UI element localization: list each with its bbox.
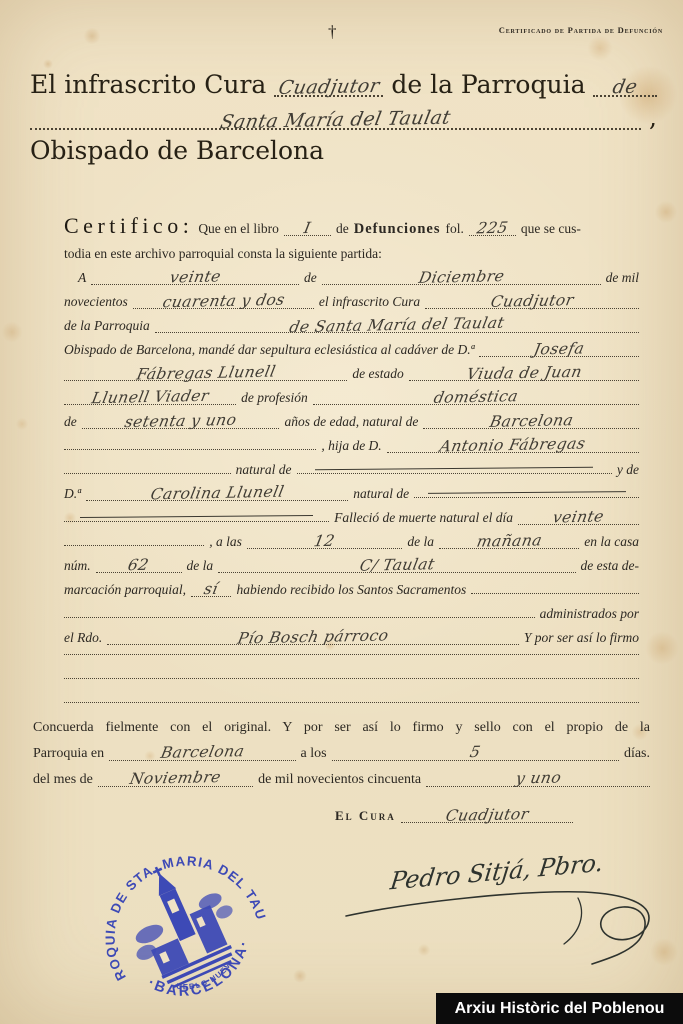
printed-text: El Cura <box>335 808 396 824</box>
dotted-fill <box>64 449 316 450</box>
entry-fill: Barcelona <box>109 746 295 761</box>
printed-text: marcación parroquial, <box>64 582 186 598</box>
form-line <box>64 654 639 678</box>
handwritten-entry: Josefa <box>533 342 586 356</box>
handwritten-de: de <box>612 79 639 96</box>
printed-text: Concuerda fielmente con el original. Y p… <box>33 720 650 736</box>
form-line: natural dey de <box>64 462 639 486</box>
priest-signature: Pedro Sitjá, Pbro. <box>342 852 667 967</box>
printed-text: de <box>304 270 317 286</box>
handwritten-entry: Barcelona <box>488 414 574 429</box>
handwritten-entry: Fábregas Llunell <box>135 366 276 382</box>
entry-fill: Noviembre <box>98 772 253 787</box>
entry-fill: de <box>593 78 657 97</box>
handwritten-entry: I <box>303 222 312 235</box>
printed-text: fol. <box>445 221 463 237</box>
entry-fill: setenta y uno <box>82 415 280 429</box>
form-line: marcación parroquial,síhabiendo recibido… <box>64 582 639 606</box>
handwritten-entry: 5 <box>469 746 482 759</box>
handwritten-entry: Pío Bosch párroco <box>236 629 389 645</box>
printed-text: y de <box>617 462 639 478</box>
printed-text: A <box>78 270 86 286</box>
title-comma: , <box>649 103 657 132</box>
form-line: Falleció de muerte natural el díaveinte <box>64 510 639 534</box>
signature-flourish <box>342 852 667 967</box>
closing-paragraph: Concuerda fielmente con el original. Y p… <box>33 720 650 798</box>
form-line: El CuraCuadjutor <box>335 808 573 832</box>
handwritten-entry: sí <box>203 583 219 596</box>
certifico-body: Certifico:Que en el libroIdeDefuncionesf… <box>64 213 639 726</box>
handwritten-entry: 62 <box>127 559 150 572</box>
printed-text: de esta de- <box>581 558 639 574</box>
entry-fill: cuarenta y dos <box>133 295 314 309</box>
printed-text: de <box>64 414 77 430</box>
handwritten-entry: Viuda de Juan <box>465 366 583 381</box>
printed-text: días. <box>624 746 650 762</box>
entry-fill: veinte <box>91 271 299 285</box>
dotted-fill <box>64 545 204 546</box>
printed-text: todia en este archivo parroquial consta … <box>64 246 382 262</box>
form-line: el Rdo.Pío Bosch párrocoY por ser así lo… <box>64 630 639 654</box>
printed-text: de estado <box>352 366 403 382</box>
handwritten-entry: Diciembre <box>417 270 505 285</box>
handwritten-entry: veinte <box>552 510 605 524</box>
entry-fill: Cuadjutor <box>401 809 573 823</box>
entry-fill: Cuadjutor <box>425 295 639 309</box>
printed-text: Que en el libro <box>198 221 279 237</box>
printed-text: en la casa <box>584 534 639 550</box>
printed-text: natural de <box>236 462 292 478</box>
entry-fill: doméstica <box>313 391 639 405</box>
handwritten-entry: cuarenta y dos <box>161 294 285 310</box>
entry-fill: mañana <box>439 535 579 549</box>
form-line: D.ªCarolina Llunellnatural de <box>64 486 639 510</box>
handwritten-entry: y uno <box>514 772 562 786</box>
form-line: Concuerda fielmente con el original. Y p… <box>33 720 650 746</box>
form-line: AveintedeDiciembrede mil <box>64 270 639 294</box>
handwritten-entry: Llunell Viader <box>90 390 209 405</box>
form-line: Certifico:Que en el libroIdeDefuncionesf… <box>64 213 639 246</box>
dotted-fill <box>414 497 639 498</box>
parish-stamp: PARROQUIA DE STA. MARIA DEL TAULAT ·BARC… <box>92 852 282 1024</box>
handwritten-entry: Carolina Llunell <box>149 486 285 502</box>
dotted-fill <box>471 593 639 594</box>
form-line: novecientoscuarenta y dosel infrascrito … <box>64 294 639 318</box>
handwritten-entry: Antonio Fábregas <box>439 437 587 453</box>
el-cura-line: El CuraCuadjutor <box>335 808 573 832</box>
form-line <box>64 678 639 702</box>
entry-fill: sí <box>191 583 231 597</box>
form-line: Obispado de Barcelona, mandé dar sepultu… <box>64 342 639 366</box>
title-pre: El infrascrito Cura <box>30 70 266 99</box>
printed-text: D.ª <box>64 486 81 502</box>
entry-fill: Diciembre <box>322 271 601 285</box>
handwritten-entry: 225 <box>476 222 509 236</box>
printed-text: Falleció de muerte natural el día <box>334 510 513 526</box>
handwritten-parish-name: Santa María del Taulat <box>219 110 452 131</box>
entry-fill: y uno <box>426 772 650 787</box>
entry-fill: 5 <box>332 746 619 761</box>
death-certificate-page: † Certificado de Partida de Defunción El… <box>0 0 683 1024</box>
printed-text: el Rdo. <box>64 630 102 646</box>
entry-fill: Carolina Llunell <box>86 487 348 501</box>
entry-fill: Fábregas Llunell <box>64 367 347 381</box>
printed-text: habiendo recibido los Santos Sacramentos <box>236 582 466 598</box>
form-line: , a las12de lamañanaen la casa <box>64 534 639 558</box>
dotted-fill <box>64 521 329 522</box>
form-caption: Certificado de Partida de Defunción <box>499 25 663 35</box>
printed-text: de <box>336 221 349 237</box>
printed-text: de la <box>407 534 434 550</box>
handwritten-entry: Noviembre <box>129 771 222 786</box>
printed-text: de mil <box>606 270 639 286</box>
printed-text: de profesión <box>241 390 308 406</box>
handwritten-entry: Cuadjutor <box>489 294 574 309</box>
printed-text: del mes de <box>33 772 93 788</box>
certifico-label: Certifico: <box>64 213 193 239</box>
printed-text: núm. <box>64 558 91 574</box>
handwritten-entry: 12 <box>313 535 336 548</box>
printed-text: a los <box>301 746 327 762</box>
entry-fill: Josefa <box>479 343 639 357</box>
form-line: del mes deNoviembrede mil novecientos ci… <box>33 772 650 798</box>
printed-text: Defunciones <box>354 221 441 238</box>
entry-fill: Santa María del Taulat <box>30 111 641 130</box>
printed-text: , a las <box>209 534 242 550</box>
handwritten-entry: C/ Taulat <box>358 558 435 573</box>
printed-text: Obispado de Barcelona, mandé dar sepultu… <box>64 342 474 358</box>
form-line: Llunell Viaderde profesióndoméstica <box>64 390 639 414</box>
entry-fill: 225 <box>469 222 516 236</box>
printed-text: Parroquia en <box>33 746 104 762</box>
dotted-fill <box>64 702 639 703</box>
printed-text: natural de <box>353 486 409 502</box>
entry-fill: 12 <box>247 535 403 549</box>
entry-fill: 62 <box>96 559 182 573</box>
cross-icon: † <box>328 22 337 42</box>
title-mid: de la Parroquia <box>391 70 585 99</box>
dotted-fill <box>64 617 535 618</box>
entry-fill: de Santa María del Taulat <box>155 319 639 333</box>
entry-fill: Barcelona <box>423 415 639 429</box>
title-line-1: El infrascrito Cura Cuadjutor de la Parr… <box>30 70 657 103</box>
entry-fill: Cuadjutor <box>274 78 383 97</box>
form-line: todia en este archivo parroquial consta … <box>64 246 639 270</box>
handwritten-role: Cuadjutor <box>277 78 381 96</box>
handwritten-entry: Cuadjutor <box>444 808 529 823</box>
entry-fill: veinte <box>518 511 639 525</box>
printed-text: de la <box>187 558 214 574</box>
printed-text: Y por ser así lo firmo <box>524 630 639 646</box>
printed-text: el infrascrito Cura <box>319 294 420 310</box>
printed-text: administrados por <box>540 606 639 622</box>
dotted-fill <box>297 473 612 474</box>
entry-fill: Llunell Viader <box>64 391 236 405</box>
printed-text: novecientos <box>64 294 128 310</box>
printed-text: , hija de D. <box>321 438 381 454</box>
printed-text: que se cus- <box>521 221 581 237</box>
handwritten-entry: veinte <box>168 270 221 284</box>
handwritten-entry: setenta y uno <box>124 414 238 429</box>
form-line: , hija de D.Antonio Fábregas <box>64 438 639 462</box>
handwritten-entry: de Santa María del Taulat <box>288 317 505 334</box>
printed-text: años de edad, natural de <box>284 414 418 430</box>
entry-fill: I <box>284 222 331 236</box>
title-line-3: Obispado de Barcelona <box>30 136 657 172</box>
dotted-fill <box>64 678 639 679</box>
form-line: núm.62de laC/ Taulatde esta de- <box>64 558 639 582</box>
dotted-fill <box>64 473 231 474</box>
handwritten-entry: mañana <box>475 534 543 548</box>
entry-fill: Pío Bosch párroco <box>107 631 519 645</box>
printed-text: de la Parroquia <box>64 318 150 334</box>
title-block: El infrascrito Cura Cuadjutor de la Parr… <box>30 70 657 172</box>
entry-fill: C/ Taulat <box>218 559 575 573</box>
dotted-fill <box>64 654 639 655</box>
entry-fill: Viuda de Juan <box>409 367 639 381</box>
archive-watermark-bar: Arxiu Històric del Poblenou <box>436 993 683 1024</box>
form-line: de la Parroquiade Santa María del Taulat <box>64 318 639 342</box>
entry-fill: Antonio Fábregas <box>387 439 639 453</box>
handwritten-entry: doméstica <box>433 390 520 405</box>
title-line-2: Santa María del Taulat , <box>30 103 657 136</box>
handwritten-entry: Barcelona <box>159 745 245 760</box>
form-line: Fábregas Llunellde estadoViuda de Juan <box>64 366 639 390</box>
printed-text: de mil novecientos cincuenta <box>258 772 421 788</box>
